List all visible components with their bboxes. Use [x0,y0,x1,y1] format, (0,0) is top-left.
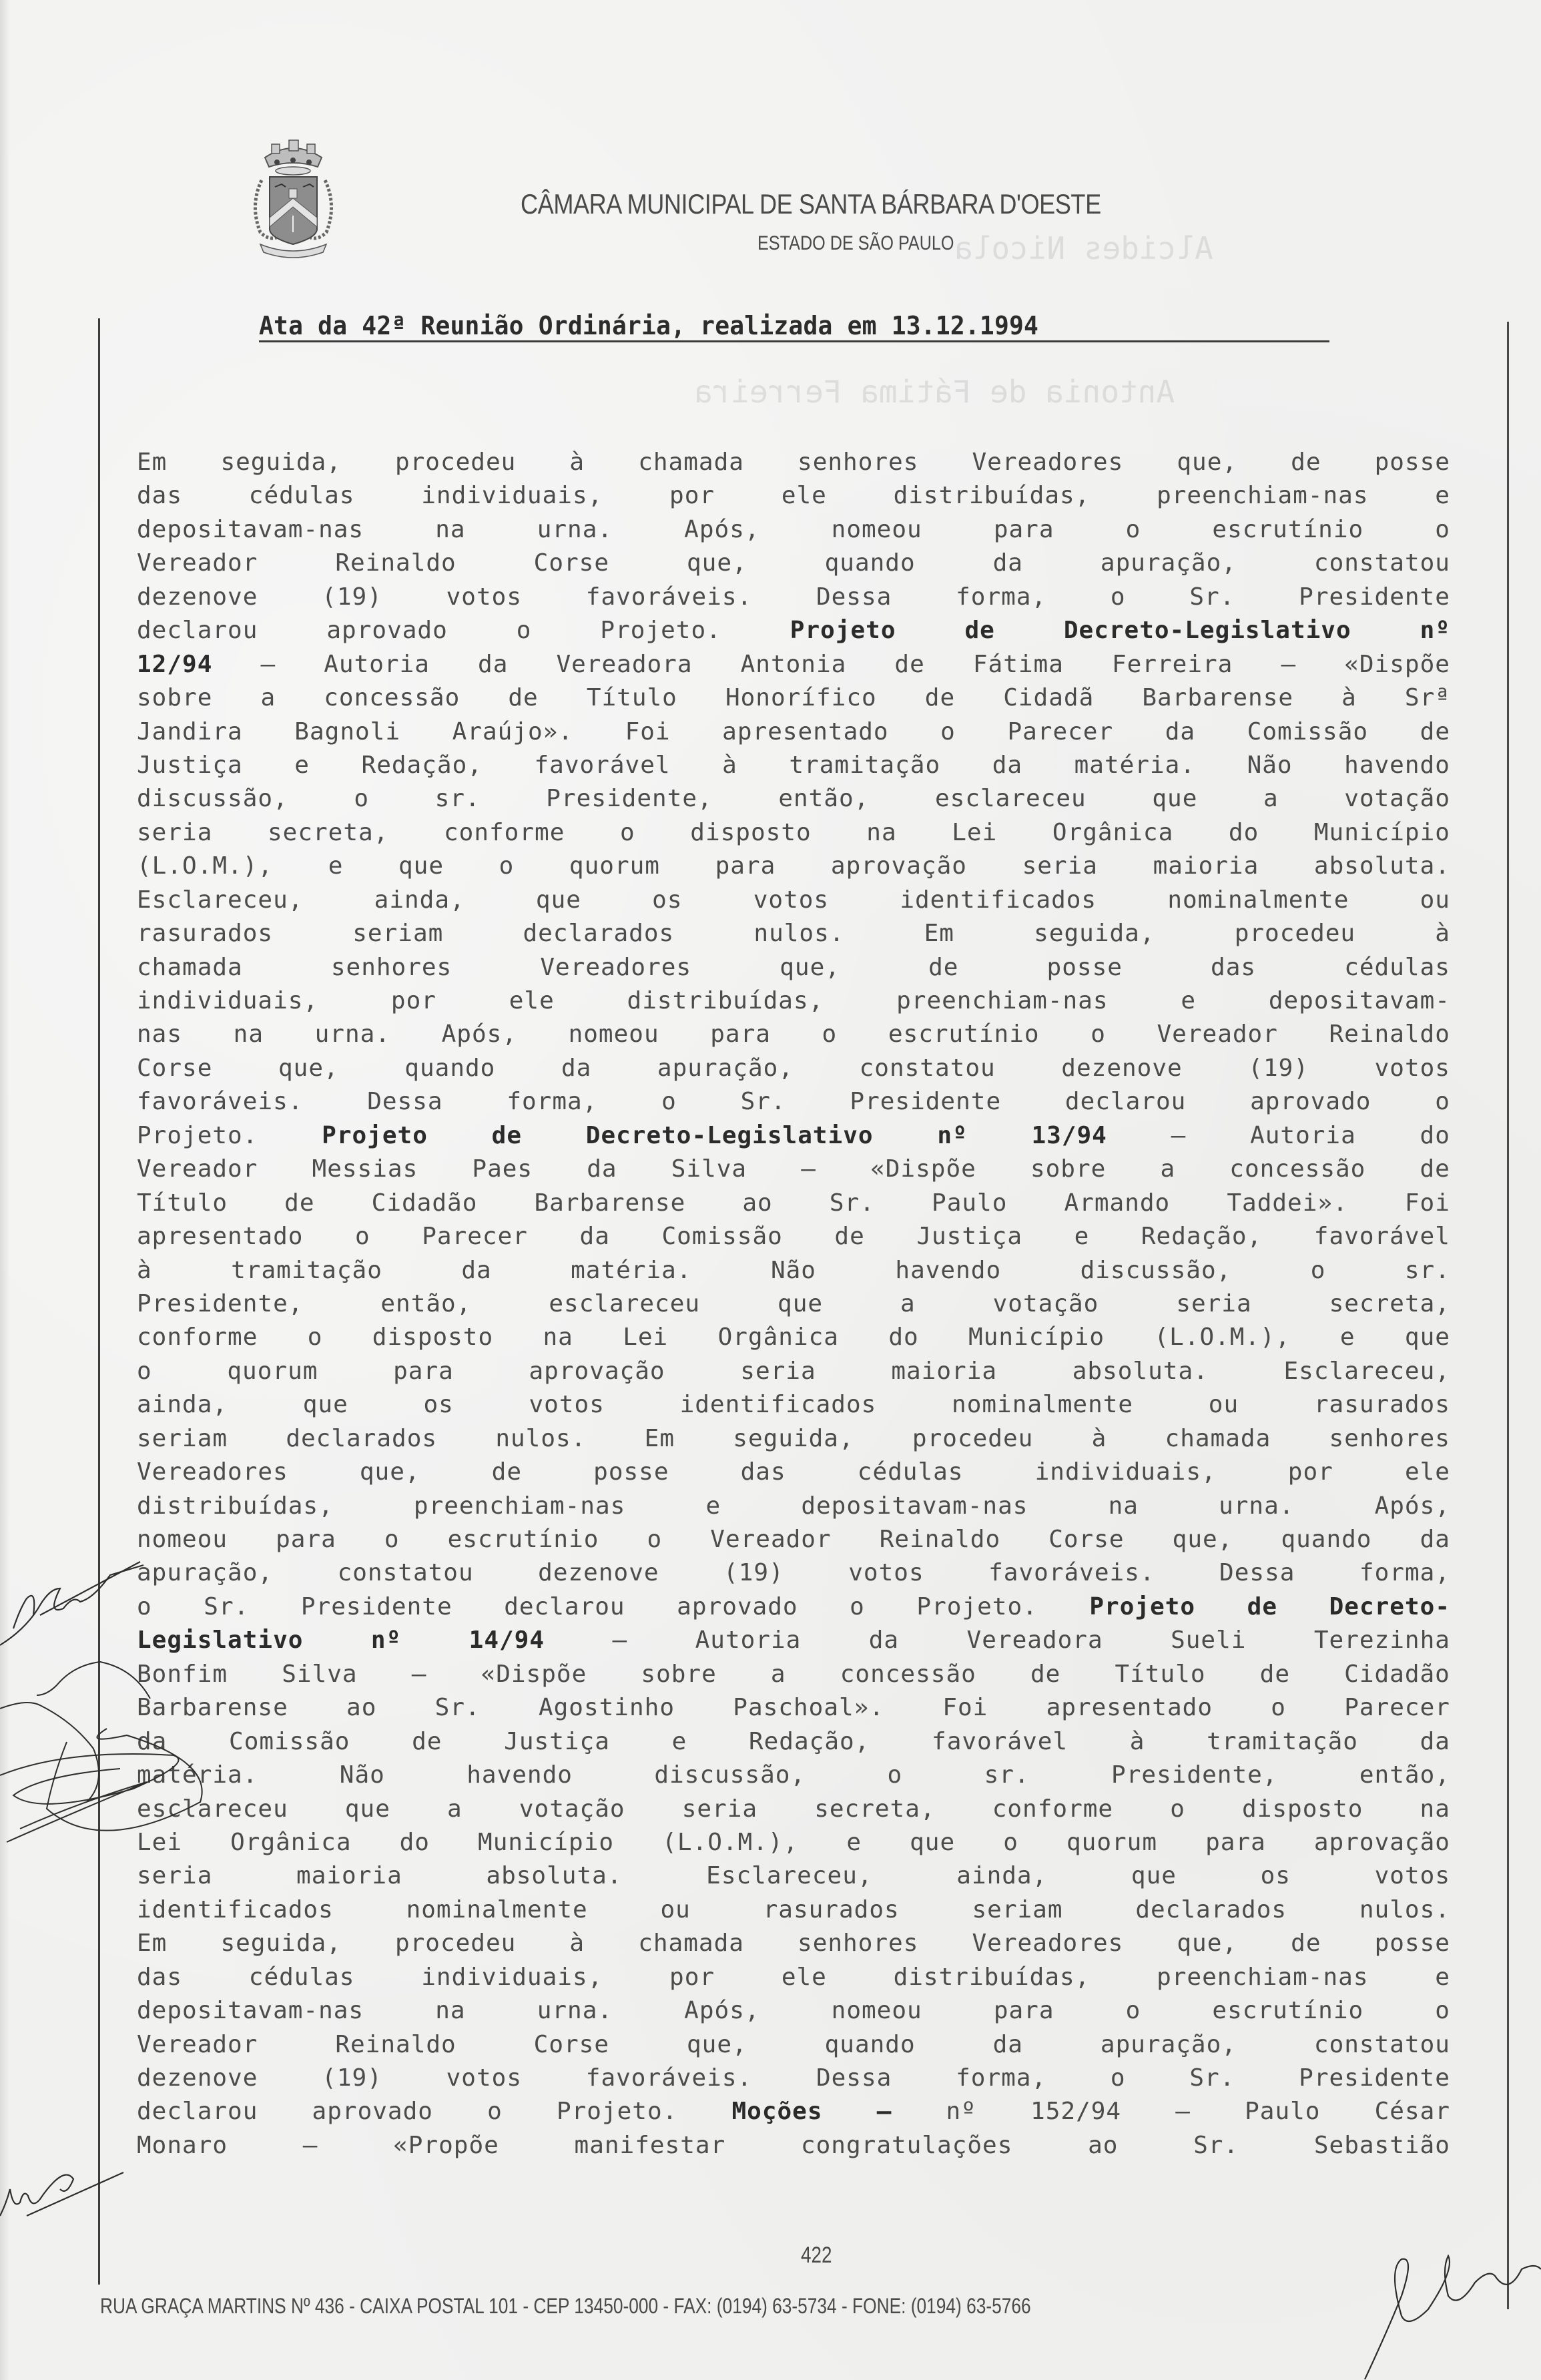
word: da [992,754,1022,788]
word: concessão [1229,1158,1365,1191]
bold-word: Projeto [322,1125,428,1158]
bold-word: de [492,1125,522,1158]
word: Lei [952,822,997,855]
bold-word: Projeto [790,619,896,653]
word: disposto [690,822,811,855]
word: César [1375,2100,1450,2134]
word: Sr. [830,1192,875,1225]
word: Município [968,1326,1105,1360]
word: o [1435,519,1450,552]
word: que [910,1831,955,1865]
word: o [1003,1831,1018,1865]
word: matéria. [1074,754,1195,788]
word: escrutínio [1212,519,1363,552]
word: Presidente [1299,2067,1450,2100]
word: ao [742,1192,772,1225]
word: da [869,1629,899,1663]
word: e [1435,1966,1450,2000]
word: preenchiam-nas [1157,485,1368,518]
minutes-line: Projeto.ProjetodeDecreto-Legislativonº13… [137,1125,1450,1158]
word: conforme [444,822,565,855]
word: favoráveis. [586,586,752,619]
scan-edge-shadow [0,0,9,2380]
word: Autoria [1250,1125,1356,1158]
bold-word: – [877,2100,892,2134]
word: Justiça [137,754,243,788]
word: Fátima [973,653,1064,687]
word: constatou [1314,552,1450,585]
word: senhores [331,956,452,990]
state-name: ESTADO DE SÃO PAULO [757,232,954,255]
word: Comissão [661,1225,782,1259]
word: (L.O.M.), [662,1831,798,1865]
word: urna. [537,2000,613,2033]
word: procedeu [1235,922,1355,956]
word: o [137,1596,152,1629]
footer-address: RUA GRAÇA MARTINS Nº 436 - CAIXA POSTAL … [100,2294,1031,2319]
word: Presidente, [1111,1764,1277,1797]
word: seria [1022,855,1098,888]
word: à [137,1259,152,1293]
page-number: 422 [801,2243,832,2269]
word: Vereadora [967,1629,1103,1663]
word: sr. [984,1764,1030,1797]
bold-word: Decreto-Legislativo [586,1125,874,1158]
word: constatou [860,1057,996,1091]
word: a [260,687,276,720]
word: votos [446,2067,522,2100]
bold-word: nº [371,1629,401,1663]
bold-word: Moções [731,2100,822,2134]
word: discussão, [137,788,288,821]
minutes-line: seriasecreta,conformeodispostonaLeiOrgân… [137,822,1450,855]
word: por [669,485,715,518]
word: favoráveis. [988,1562,1155,1595]
word: Autoria [695,1629,802,1663]
word: aprovado [1250,1091,1371,1124]
minutes-line: oquorumparaaprovaçãoseriamaioriaabsoluta… [137,1360,1450,1394]
word: (L.O.M.), [137,855,273,888]
word: Bonfim [137,1663,228,1697]
word: (19) [1248,1057,1309,1091]
frame-left-rule [98,318,100,2285]
minutes-line: identificadosnominalmenteourasuradosseri… [137,1899,1450,1932]
word: o [354,788,369,821]
word: Corse [1048,1528,1124,1562]
word: chamada [1165,1428,1271,1461]
minutes-line: rasuradosseriamdeclaradosnulos.Emseguida… [137,922,1450,956]
word: de [894,653,924,687]
word: para [276,1528,336,1562]
minutes-line: oSr.PresidentedeclarouaprovadooProjeto.P… [137,1596,1450,1629]
word: cédulas [249,1966,355,2000]
word: na [866,822,896,855]
word: e [846,1831,862,1865]
word: os [652,889,682,922]
word: Título [137,1192,228,1225]
word: que [536,889,581,922]
word: concessão [840,1663,976,1697]
word: que, [1177,451,1237,485]
word: Sr. [741,1091,786,1124]
word: nomeou [832,519,922,552]
word: (19) [723,1562,784,1595]
word: que, [360,1461,420,1494]
minutes-body: Emseguida,procedeuàchamadasenhoresVeread… [137,451,1450,2168]
minutes-line: dascédulasindividuais,poreledistribuídas… [137,1966,1450,2000]
word: – [612,1629,627,1663]
word: constatou [1314,2034,1450,2067]
word: então, [1359,1764,1450,1797]
word: seriam [352,922,443,956]
word: havendo [467,1764,573,1797]
word: posse [1375,451,1450,485]
word: por [391,990,436,1023]
word: sobre [1030,1158,1106,1191]
word: identificados [680,1394,877,1427]
word: seria [682,1798,757,1831]
word: ou [660,1899,690,1932]
word: depositavam- [1269,990,1450,1023]
word: a [1160,1158,1175,1191]
word: votação [519,1798,625,1831]
word: de [1030,1663,1060,1697]
word: tramitação [231,1259,382,1293]
word: que, [1177,1932,1237,1966]
word: quorum [569,855,660,888]
word: Paes [472,1158,533,1191]
minutes-line: discussão,osr.Presidente,então,esclarece… [137,788,1450,821]
word: nominalmente [1167,889,1349,922]
word: Monaro [137,2134,228,2168]
word: Araújo». [452,721,573,754]
word: Em [137,451,167,485]
word: havendo [895,1259,1001,1293]
minutes-line: VereadorReinaldoCorseque,quandodaapuraçã… [137,2034,1450,2067]
word: ele [782,485,827,518]
word: Presidente, [546,788,712,821]
word: para [1205,1831,1266,1865]
word: apresentado [137,1225,303,1259]
word: seguida, [220,451,341,485]
word: das [137,485,182,518]
word: procedeu [395,451,516,485]
word: – [801,1158,816,1191]
word: Corse [137,1057,212,1091]
word: «Propõe [393,2134,499,2168]
bleed-through-text: Antonia de Fátima Ferreira [694,374,1175,410]
minutes-line: seriamdeclaradosnulos.Emseguida,procedeu… [137,1428,1450,1461]
word: o [1111,2067,1126,2100]
word: Reinaldo [335,552,456,585]
word: individuais, [1035,1461,1217,1494]
minutes-line: distribuídas,preenchiam-nasedepositavam-… [137,1495,1450,1528]
word: Vereador [710,1528,831,1562]
word: de [925,687,955,720]
word: o [487,2100,503,2134]
word: absoluta. [1072,1360,1209,1394]
word: Cidadã [1003,687,1094,720]
minutes-line: favoráveis.Dessaforma,oSr.Presidentedecl… [137,1091,1450,1124]
word: Justiça [504,1731,610,1764]
word: absoluta. [1314,855,1450,888]
word: Redação, [1141,1225,1262,1259]
word: da [561,1057,591,1091]
word: individuais, [137,990,318,1023]
word: que [778,1293,823,1326]
word: da [137,1731,167,1764]
word: Paulo [1245,2100,1320,2134]
word: Messias [312,1158,418,1191]
word: o [850,1596,865,1629]
word: Honorífico [725,687,877,720]
word: senhores [798,451,918,485]
word: manifestar [575,2134,726,2168]
word: o [1126,2000,1141,2033]
word: posse [1375,1932,1450,1966]
word: de [284,1192,314,1225]
word: dezenove [137,2067,258,2100]
word: distribuídas, [894,485,1091,518]
word: Terezinha [1314,1629,1450,1663]
minutes-line: nomeouparaoescrutíniooVereadorReinaldoCo… [137,1528,1450,1562]
minutes-line: LeiOrgânicadoMunicípio(L.O.M.),equeoquor… [137,1831,1450,1865]
word: Em [924,922,954,956]
bold-word: nº [937,1125,967,1158]
word: votos [1375,1057,1450,1091]
word: na [435,2000,465,2033]
word: seria [137,822,212,855]
word: Antonia [741,653,847,687]
word: que, [687,2034,747,2067]
minutes-line: Esclareceu,ainda,queosvotosidentificados… [137,889,1450,922]
word: congratulações [801,2134,1012,2168]
word: forma, [1359,1562,1450,1595]
word: Sebastião [1314,2134,1450,2168]
word: e [294,754,310,788]
word: por [1288,1461,1333,1494]
word: Barbarense [137,1697,288,1730]
signature-left-1 [0,1562,143,1645]
word: Após, [1375,1495,1450,1528]
word: Não [340,1764,385,1797]
word: nº [946,2100,976,2134]
word: urna. [537,519,613,552]
word: Dessa [1219,1562,1295,1595]
word: na [543,1326,573,1360]
word: Em [137,1932,167,1966]
word: (L.O.M.), [1154,1326,1290,1360]
word: identificados [900,889,1097,922]
word: individuais, [421,485,603,518]
word: senhores [798,1932,918,1966]
word: da [1420,1731,1450,1764]
word: nomeou [832,2000,922,2033]
bold-word: Decreto- [1329,1596,1450,1629]
minutes-line: sobreaconcessãodeTítuloHonoríficodeCidad… [137,687,1450,720]
word: Foi [942,1697,988,1730]
word: – [303,2134,318,2168]
bold-word: 13/94 [1031,1125,1107,1158]
word: seguida, [220,1932,341,1966]
word: chamada [638,451,744,485]
word: Esclareceu, [706,1865,872,1898]
word: a [447,1798,463,1831]
word: cédulas [858,1461,964,1494]
word: o [137,1360,152,1394]
word: quando [825,2034,916,2067]
word: Não [771,1259,816,1293]
word: sr. [435,788,481,821]
bold-word: de [965,619,995,653]
word: distribuídas, [627,990,824,1023]
word: os [423,1394,453,1427]
word: o [1111,586,1126,619]
word: da [993,552,1023,585]
word: para [710,1023,771,1057]
word: e [328,855,344,888]
word: Comissão [1247,721,1368,754]
word: e [1074,1225,1090,1259]
word: Presidente [1299,586,1450,619]
minutes-line: depositavam-nasnaurna.Após,nomeouparaoes… [137,519,1450,552]
word: quando [1281,1528,1371,1562]
word: da [1420,1528,1450,1562]
word: quando [825,552,916,585]
word: rasurados [137,922,273,956]
word: discussão, [1081,1259,1232,1293]
word: e [705,1495,721,1528]
word: Orgânica [718,1326,839,1360]
word: apresentado [722,721,888,754]
word: aprovado [312,2100,433,2134]
minutes-line: seriamaioriaabsoluta.Esclareceu,ainda,qu… [137,1865,1450,1898]
word: o [1126,519,1141,552]
word: do [888,1326,918,1360]
minutes-line: 12/94–AutoriadaVereadoraAntoniadeFátimaF… [137,653,1450,687]
word: depositavam-nas [801,1495,1028,1528]
word: conforme [137,1326,258,1360]
word: Justiça [916,1225,1022,1259]
word: ele [1405,1461,1450,1494]
word: favorável [1314,1225,1450,1259]
minutes-line: conformeodispostonaLeiOrgânicadoMunicípi… [137,1326,1450,1360]
word: o [1311,1259,1326,1293]
word: sr. [1405,1259,1450,1293]
word: Vereador [137,2034,258,2067]
word: apresentado [1046,1697,1213,1730]
minutes-line: JandiraBagnoliAraújo».FoiapresentadooPar… [137,721,1450,754]
word: o [1091,1023,1106,1057]
word: o [517,619,532,653]
word: Ferreira [1112,653,1233,687]
word: havendo [1344,754,1450,788]
word: disposto [1242,1798,1363,1831]
word: Vereadores [972,451,1124,485]
word: então, [380,1293,471,1326]
word: da [993,2034,1023,2067]
word: à [1435,922,1450,956]
word: nominalmente [952,1394,1133,1427]
word: o [499,855,515,888]
word: o [1435,2000,1450,2033]
word: que [1405,1326,1450,1360]
word: posse [1047,956,1123,990]
word: ao [1088,2134,1118,2168]
word: Vereadores [972,1932,1124,1966]
word: Reinaldo [1329,1023,1450,1057]
word: Após, [684,519,759,552]
word: na [435,519,465,552]
word: secreta, [1329,1293,1450,1326]
word: esclareceu [137,1798,288,1831]
minutes-line: Monaro–«Propõemanifestarcongratulaçõesao… [137,2134,1450,2168]
word: Silva [282,1663,357,1697]
word: à [722,754,737,788]
word: aprovação [529,1360,665,1394]
word: o [355,1225,370,1259]
word: o [661,1091,677,1124]
word: para [994,2000,1054,2033]
word: votos [446,586,522,619]
word: votação [1344,788,1450,821]
word: aprovação [831,855,967,888]
word: por [669,1966,715,2000]
word: para [715,855,776,888]
word: Jandira [137,721,243,754]
word: votos [1375,1865,1450,1898]
coat-of-arms-icon [242,132,345,259]
word: Projeto. [557,2100,677,2134]
word: Lei [137,1831,182,1865]
word: aprovado [326,619,447,653]
word: Presidente [850,1091,1001,1124]
word: disposto [372,1326,493,1360]
word: Projeto. [600,619,721,653]
minutes-line: VereadorMessiasPaesdaSilva–«Dispõesobrea… [137,1158,1450,1191]
word: para [393,1360,454,1394]
minutes-line: nasnaurna.Após,nomeouparaoescrutíniooVer… [137,1023,1450,1057]
word: na [234,1023,264,1057]
minutes-line: daComissãodeJustiçaeRedação,favorávelàtr… [137,1731,1450,1764]
word: dezenove [538,1562,659,1595]
word: da [461,1259,491,1293]
word: que, [687,552,747,585]
word: cédulas [249,485,355,518]
word: Agostinho [539,1697,675,1730]
word: rasurados [1314,1394,1450,1427]
bold-word: nº [1420,619,1450,653]
word: maioria [891,1360,997,1394]
word: seriam [137,1428,228,1461]
word: na [1420,1798,1450,1831]
word: Parecer [1344,1697,1450,1730]
minutes-line: apresentadooParecerdaComissãodeJustiçaeR… [137,1225,1450,1259]
word: quando [404,1057,495,1091]
word: Srª [1405,687,1450,720]
word: cédulas [1344,956,1450,990]
word: Armando [1064,1192,1171,1225]
word: Redação, [362,754,483,788]
word: Esclareceu, [1284,1360,1450,1394]
word: Corse [534,552,609,585]
word: e [672,1731,687,1764]
minutes-line: declarouaprovadooProjeto.Moções–nº152/94… [137,2100,1450,2134]
word: Parecer [422,1225,528,1259]
word: preenchiam-nas [414,1495,625,1528]
word: dezenove [1061,1057,1182,1091]
word: à [569,451,585,485]
